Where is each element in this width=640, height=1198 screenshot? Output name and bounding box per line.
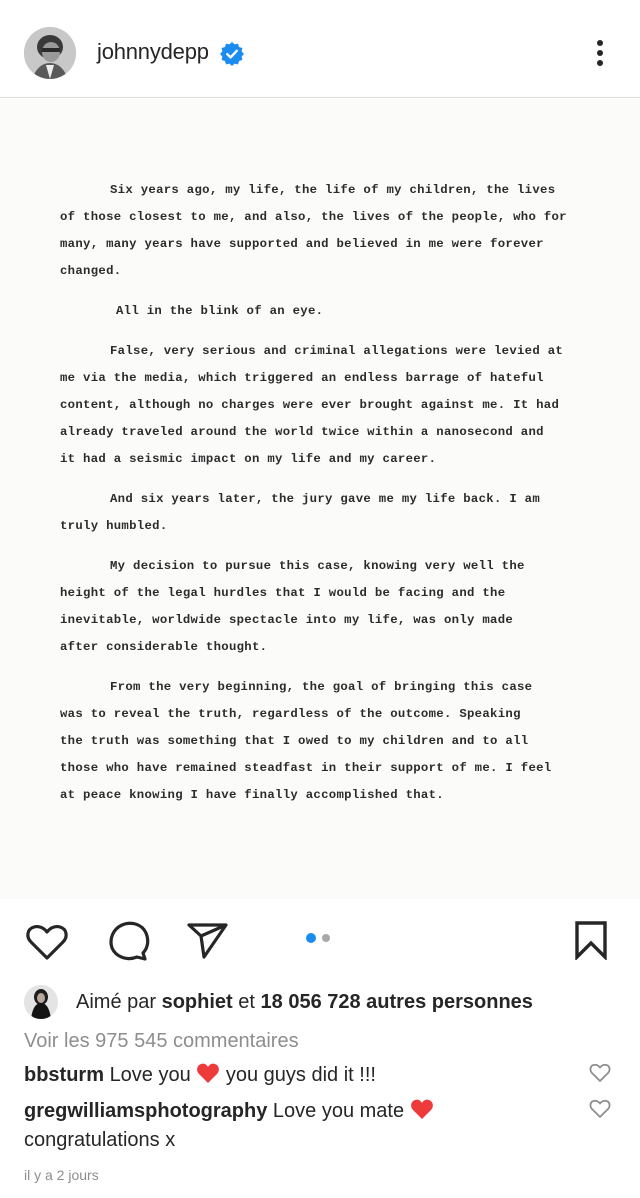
post-header: johnnydepp xyxy=(0,0,640,98)
carousel-dot-active xyxy=(306,933,316,943)
more-vertical-icon-dot xyxy=(597,60,603,66)
liker-photo-icon xyxy=(24,985,58,1019)
comment-button[interactable] xyxy=(107,920,151,962)
more-vertical-icon-dot xyxy=(597,40,603,46)
letter-line: was to reveal the truth, regardless of t… xyxy=(60,701,600,728)
view-all-comments-link[interactable]: Voir les 975 545 commentaires xyxy=(24,1030,299,1053)
letter-line: me via the media, which triggered an end… xyxy=(60,365,600,392)
letter-line: those who have remained steadfast in the… xyxy=(60,755,600,782)
share-button[interactable] xyxy=(187,922,229,960)
carousel-dot xyxy=(322,934,330,942)
likes-summary[interactable]: Aimé par sophiet et 18 056 728 autres pe… xyxy=(24,985,624,1019)
post-image[interactable]: Six years ago, my life, the life of my c… xyxy=(0,99,640,899)
letter-paragraph: My decision to pursue this case, knowing… xyxy=(60,553,600,661)
letter-line: at peace knowing I have finally accompli… xyxy=(60,782,600,809)
username[interactable]: johnnydepp xyxy=(97,39,209,65)
letter-line: inevitable, worldwide spectacle into my … xyxy=(60,607,600,634)
letter-line: height of the legal hurdles that I would… xyxy=(60,580,600,607)
letter-line: All in the blink of an eye. xyxy=(60,298,600,325)
letter-line: many, many years have supported and beli… xyxy=(60,231,600,258)
comment-text: Love you mate xyxy=(273,1100,404,1122)
heart-outline-icon xyxy=(589,1099,611,1119)
more-vertical-icon-dot xyxy=(597,50,603,56)
more-options-button[interactable] xyxy=(588,36,612,72)
heart-outline-icon xyxy=(24,922,70,962)
letter-line: changed. xyxy=(60,258,600,285)
letter-line: And six years later, the jury gave me my… xyxy=(60,486,600,513)
letter-line: From the very beginning, the goal of bri… xyxy=(60,674,600,701)
letter-line: of those closest to me, and also, the li… xyxy=(60,204,600,231)
letter-line: after considerable thought. xyxy=(60,634,600,661)
letter-line: truly humbled. xyxy=(60,513,600,540)
likes-text: Aimé par sophiet et 18 056 728 autres pe… xyxy=(76,991,533,1014)
comment-username[interactable]: bbsturm xyxy=(24,1064,104,1086)
comment-text: you guys did it !!! xyxy=(226,1064,376,1086)
letter-paragraph: And six years later, the jury gave me my… xyxy=(60,486,600,540)
letter-line: it had a seismic impact on my life and m… xyxy=(60,446,600,473)
typed-letter: Six years ago, my life, the life of my c… xyxy=(60,177,600,822)
red-heart-emoji-icon xyxy=(196,1062,220,1084)
letter-paragraph: From the very beginning, the goal of bri… xyxy=(60,674,600,809)
bookmark-icon xyxy=(574,920,608,960)
profile-photo-icon xyxy=(24,27,76,79)
profile-avatar[interactable] xyxy=(24,27,76,79)
liker-username[interactable]: sophiet xyxy=(162,991,233,1013)
red-heart-emoji-icon xyxy=(410,1098,434,1120)
letter-line: False, very serious and criminal allegat… xyxy=(60,338,600,365)
liker-avatar[interactable] xyxy=(24,985,58,1019)
likes-prefix: Aimé par xyxy=(76,991,156,1013)
comment-item: bbsturm Love you you guys did it !!! xyxy=(24,1061,584,1090)
letter-line: Six years ago, my life, the life of my c… xyxy=(60,177,600,204)
letter-line: content, although no charges were ever b… xyxy=(60,392,600,419)
letter-line: already traveled around the world twice … xyxy=(60,419,600,446)
paper-plane-icon xyxy=(187,922,229,960)
letter-paragraph: Six years ago, my life, the life of my c… xyxy=(60,177,600,285)
letter-line: My decision to pursue this case, knowing… xyxy=(60,553,600,580)
save-button[interactable] xyxy=(574,920,608,960)
letter-paragraph: All in the blink of an eye. xyxy=(60,298,600,325)
comment-like-button[interactable] xyxy=(589,1063,611,1083)
verified-badge-icon xyxy=(219,41,245,67)
likes-count[interactable]: 18 056 728 autres personnes xyxy=(261,991,533,1013)
comment-text: congratulations x xyxy=(24,1129,175,1151)
heart-outline-icon xyxy=(589,1063,611,1083)
comment-item: gregwilliamsphotography Love you mate co… xyxy=(24,1097,564,1155)
post-timestamp: il y a 2 jours xyxy=(24,1167,99,1183)
comment-text: Love you xyxy=(110,1064,191,1086)
comment-username[interactable]: gregwilliamsphotography xyxy=(24,1100,267,1122)
comment-like-button[interactable] xyxy=(589,1099,611,1119)
like-button[interactable] xyxy=(24,922,70,962)
letter-paragraph: False, very serious and criminal allegat… xyxy=(60,338,600,473)
comment-bubble-icon xyxy=(107,920,151,962)
letter-line: the truth was something that I owed to m… xyxy=(60,728,600,755)
carousel-indicator xyxy=(306,933,330,943)
likes-conjunction: et xyxy=(238,991,255,1013)
